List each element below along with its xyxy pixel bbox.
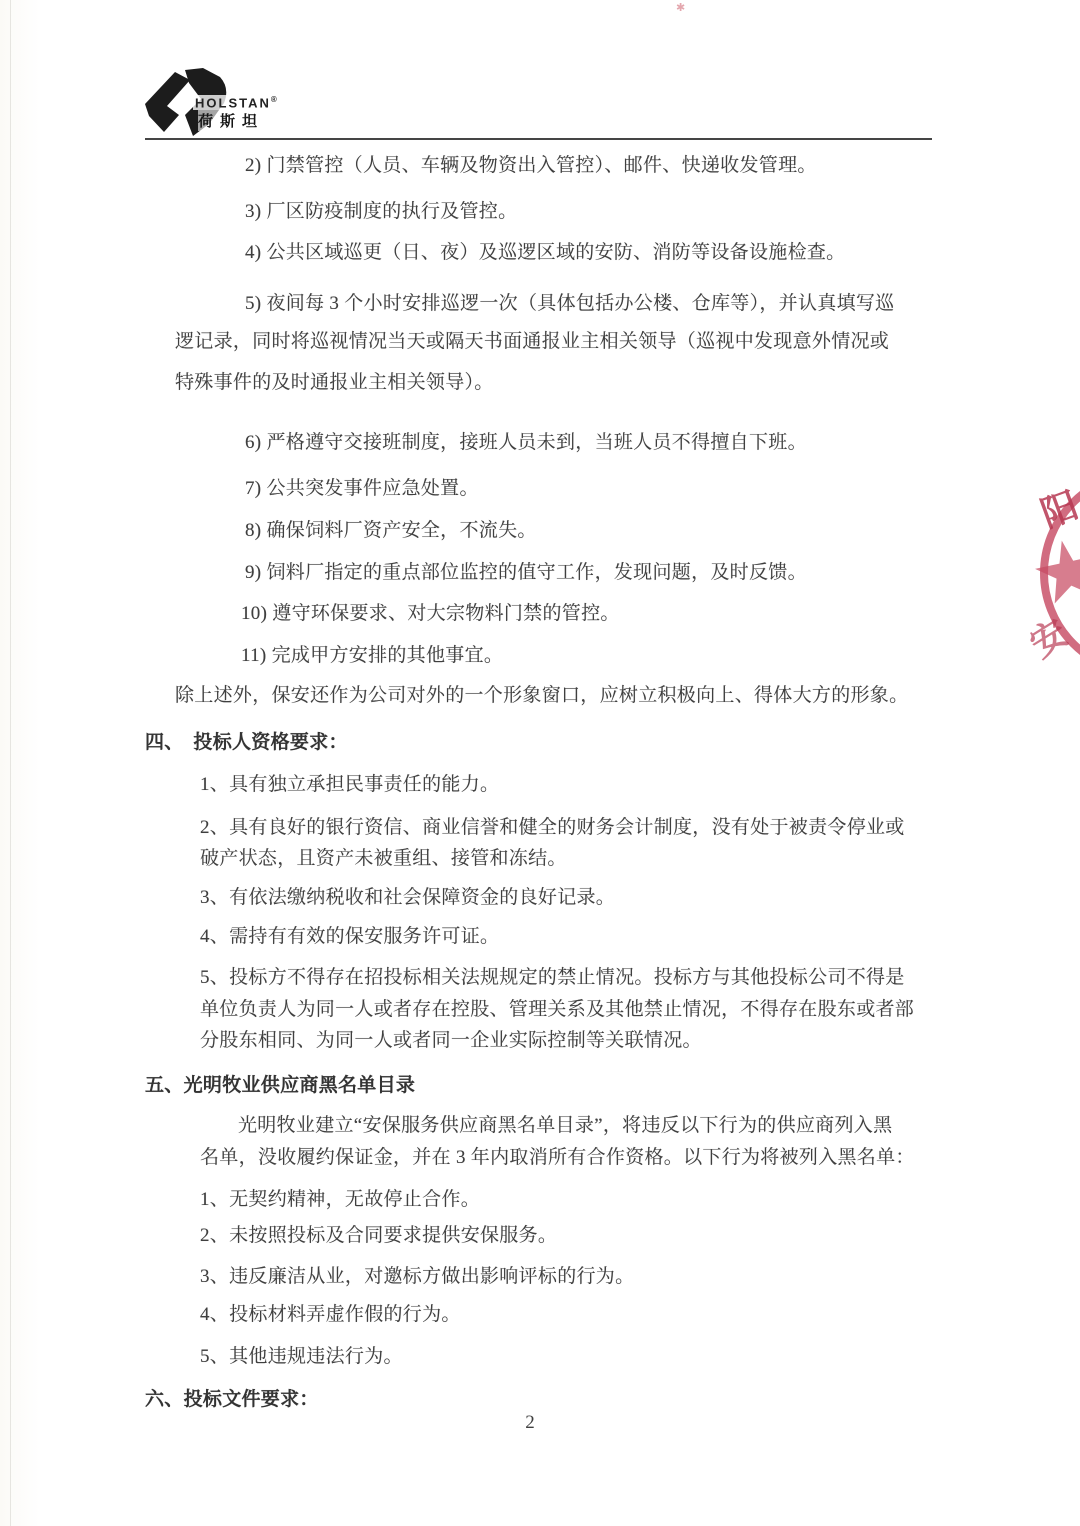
section-heading: 六、投标文件要求：	[145, 1384, 319, 1411]
logo-text-cn: 荷斯坦	[198, 110, 264, 131]
list-item: 8) 确保饲料厂资产安全，不流失。	[245, 515, 537, 542]
list-item: 6) 严格遵守交接班制度，接班人员未到，当班人员不得擅自下班。	[245, 427, 807, 454]
list-item-continuation: 特殊事件的及时通报业主相关领导）。	[175, 367, 494, 394]
page-footer-number: 2	[0, 1412, 1060, 1434]
list-item-continuation: 分股东相同、为同一人或者同一企业实际控制等关联情况。	[200, 1025, 702, 1052]
section-heading: 四、 投标人资格要求：	[145, 727, 348, 754]
list-item: 11) 完成甲方安排的其他事宜。	[241, 640, 503, 667]
document-page: ✱ HOLSTAN® 荷斯坦 2) 门禁管控（人员、车辆及物资出入管控）、邮件、…	[0, 0, 1080, 1526]
list-item: 5) 夜间每 3 个小时安排巡逻一次（具体包括办公楼、仓库等），并认真填写巡	[245, 288, 894, 315]
list-item: 2、未按照投标及合同要求提供安保服务。	[200, 1220, 557, 1247]
list-item: 3、违反廉洁从业，对邀标方做出影响评标的行为。	[200, 1261, 634, 1288]
logo-text-en: HOLSTAN®	[193, 95, 279, 110]
list-item-continuation: 逻记录，同时将巡视情况当天或隔天书面通报业主相关领导（巡视中发现意外情况或	[175, 326, 889, 353]
paragraph-note: 除上述外，保安还作为公司对外的一个形象窗口，应树立积极向上、得体大方的形象。	[175, 680, 908, 707]
list-item: 5、其他违规违法行为。	[200, 1341, 403, 1368]
list-item: 3、有依法缴纳税收和社会保障资金的良好记录。	[200, 882, 615, 909]
list-item: 4、投标材料弄虚作假的行为。	[200, 1299, 461, 1326]
list-item: 4、需持有有效的保安服务许可证。	[200, 921, 499, 948]
list-item-continuation: 单位负责人为同一人或者存在控股、管理关系及其他禁止情况，不得存在股东或者部	[200, 994, 914, 1021]
svg-text:阳: 阳	[1036, 485, 1080, 535]
list-item: 2) 门禁管控（人员、车辆及物资出入管控）、邮件、快递收发管理。	[245, 150, 817, 177]
paragraph: 光明牧业建立“安保服务供应商黑名单目录”，将违反以下行为的供应商列入黑	[238, 1110, 892, 1137]
list-item: 5、投标方不得存在招投标相关法规规定的禁止情况。投标方与其他投标公司不得是	[200, 962, 905, 989]
list-item: 1、无契约精神，无故停止合作。	[200, 1184, 480, 1211]
section-heading: 五、光明牧业供应商黑名单目录	[145, 1070, 415, 1097]
list-item: 10) 遵守环保要求、对大宗物料门禁的管控。	[241, 598, 620, 625]
scan-edge-line	[10, 0, 11, 1526]
list-item: 2、具有良好的银行资信、商业信誉和健全的财务会计制度，没有处于被责令停业或	[200, 812, 905, 839]
list-item: 4) 公共区域巡更（日、夜）及巡逻区域的安防、消防等设备设施检查。	[245, 237, 845, 264]
paragraph-continuation: 名单，没收履约保证金，并在 3 年内取消所有合作资格。以下行为将被列入黑名单：	[200, 1142, 915, 1169]
list-item: 1、具有独立承担民事责任的能力。	[200, 769, 499, 796]
list-item-continuation: 破产状态，且资产未被重组、接管和冻结。	[200, 843, 567, 870]
red-seal-stamp-icon: 阳 安	[1024, 468, 1080, 682]
holstan-logo: HOLSTAN® 荷斯坦	[143, 68, 323, 140]
list-item: 7) 公共突发事件应急处置。	[245, 473, 479, 500]
svg-text:安: 安	[1024, 612, 1075, 665]
list-item: 3) 厂区防疫制度的执行及管控。	[245, 196, 517, 223]
list-item: 9) 饲料厂指定的重点部位监控的值守工作，发现问题，及时反馈。	[245, 557, 807, 584]
red-speck-mark: ✱	[676, 1, 685, 14]
header-rule	[145, 138, 932, 140]
